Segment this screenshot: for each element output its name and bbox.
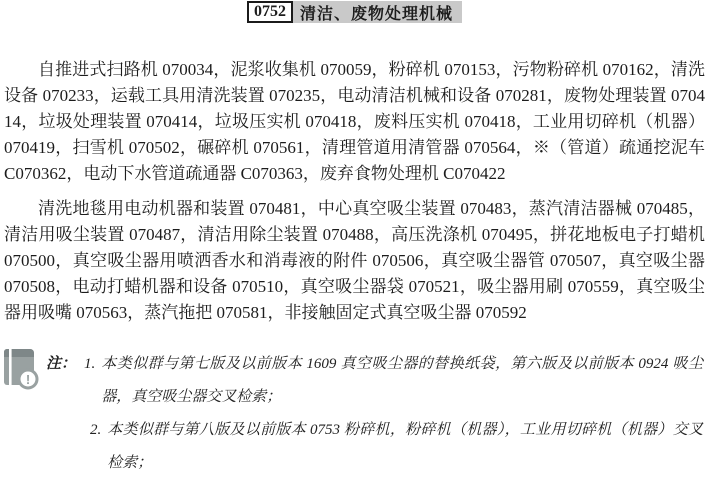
document-page: 0752 清洁、废物处理机械 自推进式扫路机 070034，泥浆收集机 0700… [0, 0, 709, 482]
note-item: 2. 本类似群与第八版及以前版本 0753 粉碎机，粉碎机（机器），工业用切碎机… [82, 414, 703, 480]
body-content: 自推进式扫路机 070034，泥浆收集机 070059，粉碎机 070153，污… [4, 57, 705, 326]
paragraph-goods-list-2: 清洗地毯用电动机器和装置 070481，中心真空吸尘装置 070483，蒸汽清洁… [4, 196, 705, 326]
section-header: 0752 清洁、废物处理机械 [4, 1, 705, 23]
note-book-icon: ! [0, 348, 46, 395]
note-label: 注： [46, 348, 76, 381]
note-item-text: 本类似群与第七版及以前版本 1609 真空吸尘器的替换纸袋，第六版及以前版本 0… [101, 348, 703, 414]
class-code: 0752 [247, 1, 293, 23]
note-item-number: 1. [76, 348, 101, 381]
note-body: 注： 1. 本类似群与第七版及以前版本 1609 真空吸尘器的替换纸袋，第六版及… [46, 348, 709, 480]
paragraph-goods-list-1: 自推进式扫路机 070034，泥浆收集机 070059，粉碎机 070153，污… [4, 57, 705, 187]
svg-text:!: ! [26, 372, 30, 387]
note-item-number: 2. [82, 414, 107, 447]
note-item: 注： 1. 本类似群与第七版及以前版本 1609 真空吸尘器的替换纸袋，第六版及… [46, 348, 703, 414]
note-section: ! 注： 1. 本类似群与第七版及以前版本 1609 真空吸尘器的替换纸袋，第六… [0, 348, 709, 480]
page-title: 清洁、废物处理机械 [293, 1, 462, 23]
note-item-text: 本类似群与第八版及以前版本 0753 粉碎机，粉碎机（机器），工业用切碎机（机器… [107, 414, 703, 480]
